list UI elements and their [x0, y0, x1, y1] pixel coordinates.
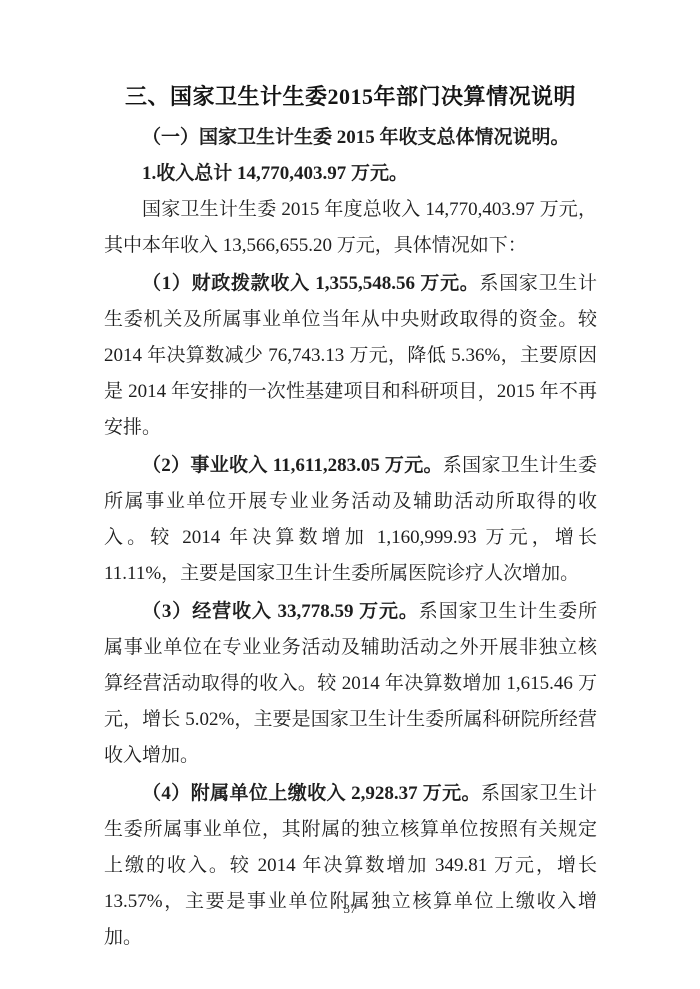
- item-1-body: 系国家卫生计生委机关及所属事业单位当年从中央财政取得的资金。较 2014 年决算…: [104, 273, 597, 438]
- subsection-heading: 1.收入总计 14,770,403.97 万元。: [104, 156, 597, 192]
- document-title: 三、国家卫生计生委2015年部门决算情况说明: [104, 82, 597, 112]
- item-1-paragraph: （1）财政拨款收入 1,355,548.56 万元。系国家卫生计生委机关及所属事…: [104, 266, 597, 446]
- item-4-lead: （4）附属单位上缴收入 2,928.37 万元。: [142, 783, 481, 804]
- intro-paragraph: 国家卫生计生委 2015 年度总收入 14,770,403.97 万元，其中本年…: [104, 192, 597, 264]
- item-3-lead: （3）经营收入 33,778.59 万元。: [142, 601, 419, 622]
- page-number: 37: [0, 901, 700, 917]
- item-4-paragraph: （4）附属单位上缴收入 2,928.37 万元。系国家卫生计生委所属事业单位，其…: [104, 776, 597, 956]
- item-3-paragraph: （3）经营收入 33,778.59 万元。系国家卫生计生委所属事业单位在专业业务…: [104, 594, 597, 774]
- section-heading: （一）国家卫生计生委 2015 年收支总体情况说明。: [104, 120, 597, 156]
- item-1-lead: （1）财政拨款收入 1,355,548.56 万元。: [142, 273, 480, 294]
- item-2-lead: （2）事业收入 11,611,283.05 万元。: [142, 455, 443, 476]
- item-3-body: 系国家卫生计生委所属事业单位在专业业务活动及辅助活动之外开展非独立核算经营活动取…: [104, 601, 597, 766]
- document-page: 三、国家卫生计生委2015年部门决算情况说明 （一）国家卫生计生委 2015 年…: [0, 0, 700, 989]
- item-4-body: 系国家卫生计生委所属事业单位，其附属的独立核算单位按照有关规定上缴的收入。较 2…: [104, 783, 597, 948]
- item-2-paragraph: （2）事业收入 11,611,283.05 万元。系国家卫生计生委所属事业单位开…: [104, 448, 597, 592]
